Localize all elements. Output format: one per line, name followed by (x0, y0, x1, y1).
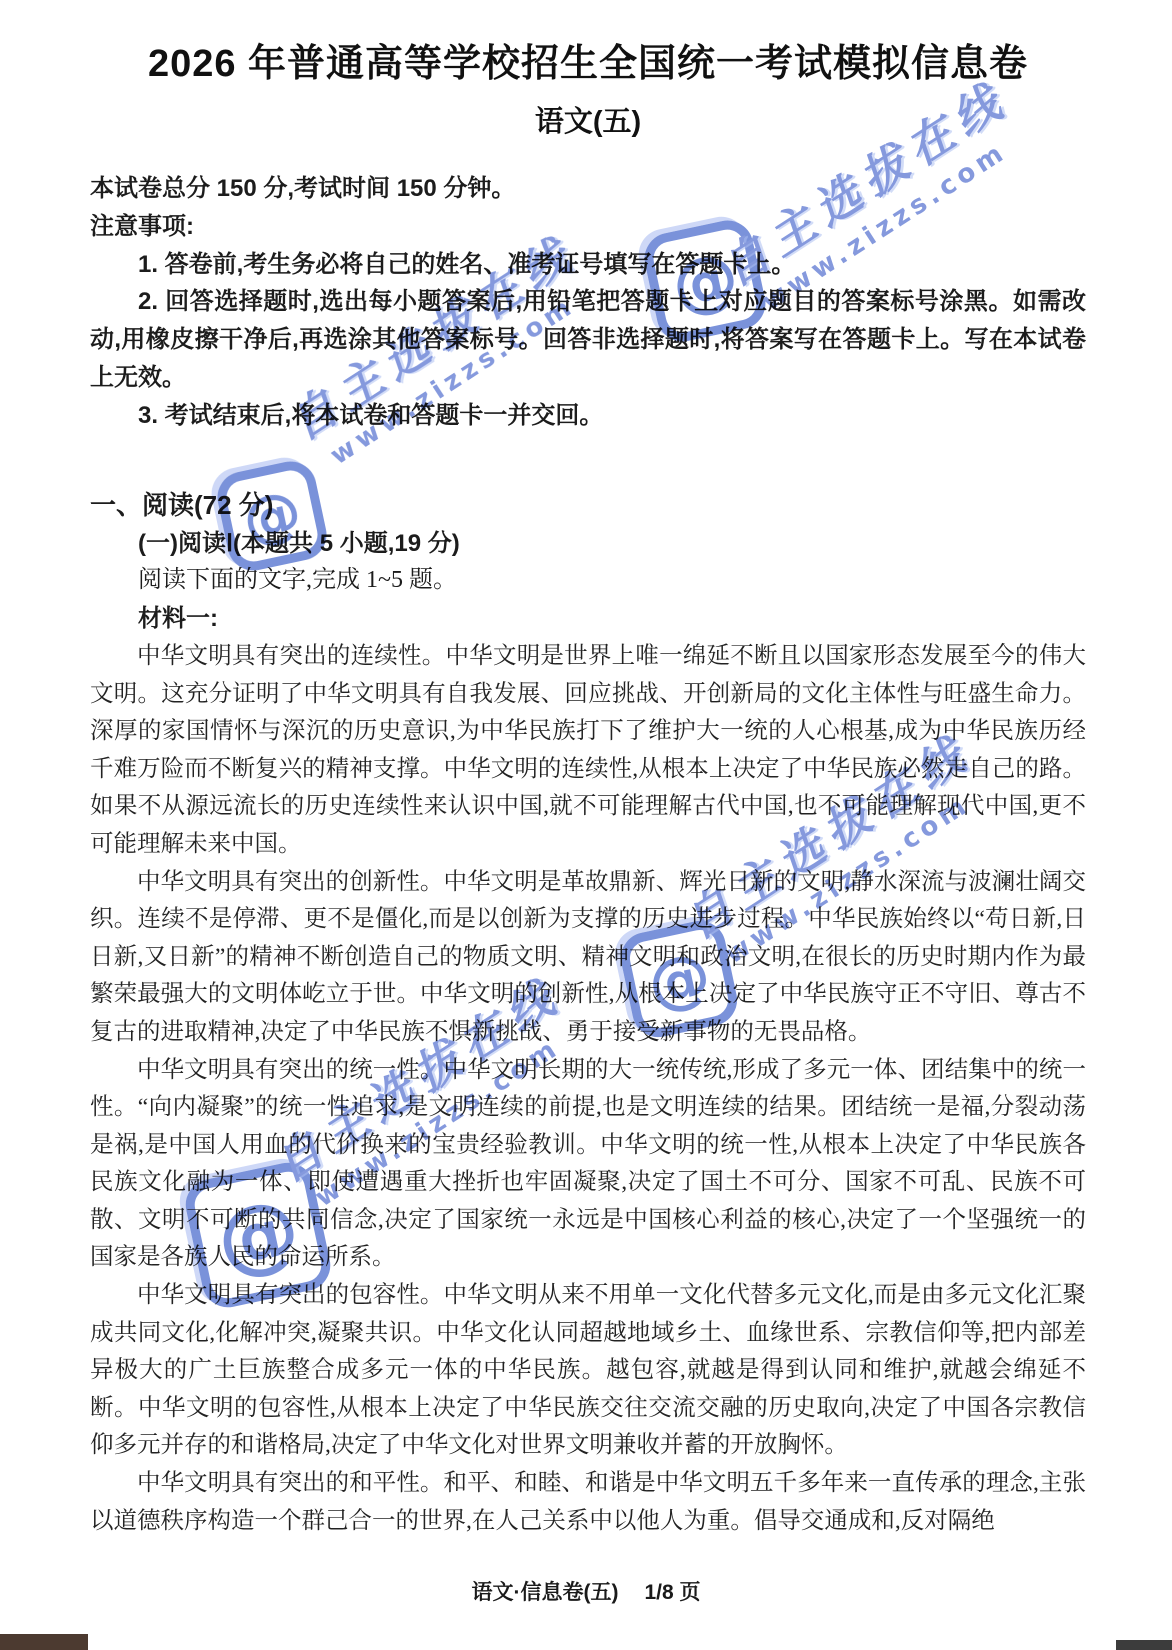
material-paragraph: 中华文明具有突出的和平性。和平、和睦、和谐是中华文明五千多年来一直传承的理念,主… (90, 1465, 1086, 1540)
subsection-heading-reading-1: (一)阅读Ⅰ(本题共 5 小题,19 分) (90, 525, 1086, 563)
exam-summary: 本试卷总分 150 分,考试时间 150 分钟。 (90, 170, 1086, 208)
material-paragraph: 中华文明具有突出的创新性。中华文明是革故鼎新、辉光日新的文明,静水深流与波澜壮阔… (90, 864, 1086, 1052)
reading-instruction: 阅读下面的文字,完成 1~5 题。 (90, 562, 1086, 600)
material-paragraph: 中华文明具有突出的包容性。中华文明从来不用单一文化代替多元文化,而是由多元文化汇… (90, 1277, 1086, 1465)
notice-heading: 注意事项: (90, 208, 1086, 246)
notice-item-1: 1. 答卷前,考生务必将自己的姓名、准考证号填写在答题卡上。 (90, 246, 1086, 284)
notice-item-3: 3. 考试结束后,将本试卷和答题卡一并交回。 (90, 397, 1086, 435)
material-one-label: 材料一: (90, 600, 1086, 638)
page-content: 2026 年普通高等学校招生全国统一考试模拟信息卷 语文(五) 本试卷总分 15… (90, 40, 1086, 1540)
subject-title: 语文(五) (90, 102, 1086, 142)
section-heading-reading: 一、阅读(72 分) (90, 485, 1086, 525)
material-paragraph: 中华文明具有突出的统一性。中华文明长期的大一统传统,形成了多元一体、团结集中的统… (90, 1052, 1086, 1278)
page-title: 2026 年普通高等学校招生全国统一考试模拟信息卷 (90, 40, 1086, 88)
notice-item-2: 2. 回答选择题时,选出每小题答案后,用铅笔把答题卡上对应题目的答案标号涂黑。如… (90, 283, 1086, 396)
material-paragraph: 中华文明具有突出的连续性。中华文明是世界上唯一绵延不断且以国家形态发展至今的伟大… (90, 638, 1086, 864)
scan-artifact-bottom-right (1116, 1640, 1172, 1650)
scan-artifact-bottom-left (0, 1634, 88, 1650)
footer-page-number: 1/8 页 (644, 1581, 700, 1604)
exam-paper-page: 2026 年普通高等学校招生全国统一考试模拟信息卷 语文(五) 本试卷总分 15… (0, 0, 1172, 1650)
footer-label: 语文·信息卷(五) (471, 1581, 618, 1604)
page-footer: 语文·信息卷(五)1/8 页 (0, 1576, 1172, 1606)
exam-notice: 本试卷总分 150 分,考试时间 150 分钟。 注意事项: 1. 答卷前,考生… (90, 170, 1086, 435)
